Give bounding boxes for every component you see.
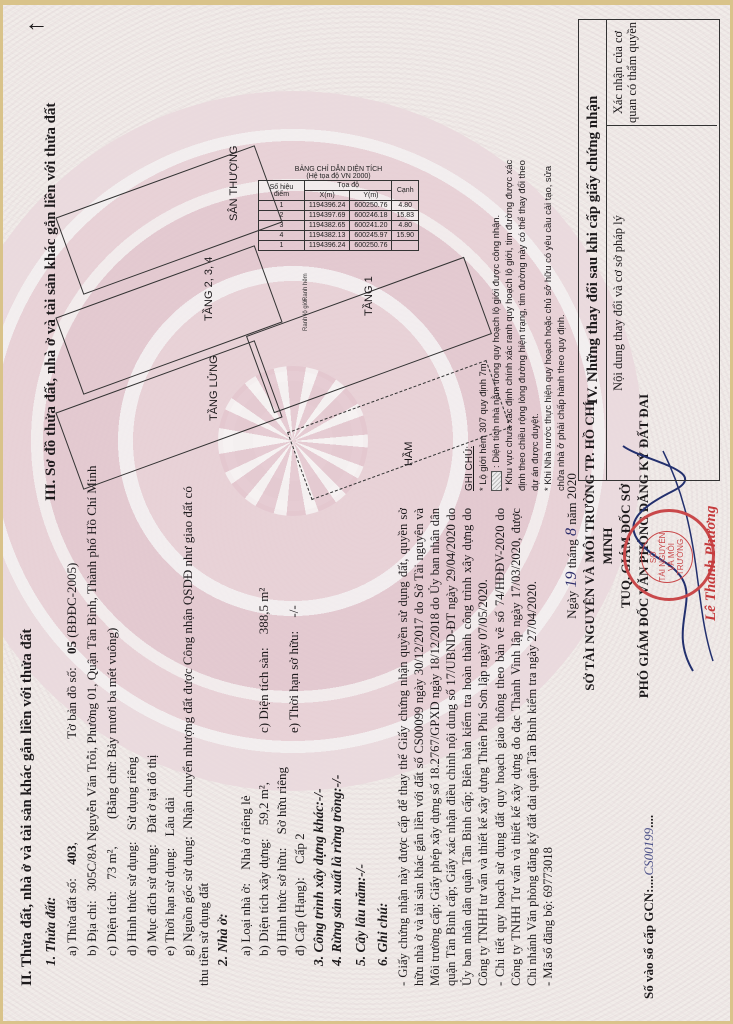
hatch-swatch-icon <box>491 471 502 491</box>
document-frame: II. Thửa đất, nhà ở và tài sản khác gắn … <box>0 0 733 1024</box>
address-label: b) Địa chỉ: <box>84 900 99 956</box>
stamp-text: TÀI NGUYÊN <box>658 532 667 582</box>
legend-item: * Lộ giới hẻm 307 quy định 7m <box>476 151 489 491</box>
section-3-title: III. Sơ đồ thửa đất, nhà ở và tài sản kh… <box>43 103 60 501</box>
side-label: Ranh lộ giới <box>303 299 309 331</box>
legend-item: * Khu vực chưa xác định chính xác ranh q… <box>502 151 541 491</box>
forest: 4. Rừng sản xuất là rừng trồng:-/- <box>329 775 345 966</box>
map-sheet-no: 05 <box>64 641 79 654</box>
coord-subheader: Y(m) <box>350 191 392 201</box>
origin-label: g) Nguồn gốc sử dụng: <box>180 836 195 956</box>
coord-header: Cạnh <box>392 181 419 201</box>
date-prefix: Ngày <box>564 591 579 619</box>
cell-x: 1194396.24 <box>304 241 349 251</box>
table-row: 1 1194396.24 600250.76 4.80 <box>259 201 419 211</box>
house-type-row: a) Loại nhà ở: Nhà ở riêng lẻ <box>237 795 254 956</box>
cell-y: 600246.18 <box>350 211 392 221</box>
cell-y: 600245.97 <box>350 231 392 241</box>
ownership-label: d) Hình thức sở hữu: <box>274 848 289 956</box>
notes-heading: 6. Ghi chú: <box>375 903 391 966</box>
cell-y: 600241.20 <box>350 221 392 231</box>
origin-cont: thu tiền sử dụng đất <box>195 883 212 986</box>
cell-x: 1194396.24 <box>304 201 349 211</box>
coord-header: Tọa độ <box>304 181 392 191</box>
use-form-row: d) Hình thức sử dụng: Sử dụng riêng <box>123 757 140 956</box>
official-stamp: SỞ TÀI NGUYÊN VÀ MÔI TRƯỜNG <box>623 509 715 601</box>
section-4-columns: Nội dung thay đổi và cơ sở pháp lý Xác n… <box>607 20 717 480</box>
legend-item-hatch: : Diện tích nhà nằm trong quy hoạch lộ g… <box>489 151 502 491</box>
section-2-title: II. Thửa đất, nhà ở và tài sản khác gắn … <box>19 629 36 986</box>
coord-title: BẢNG CHỈ DẪN DIỆN TÍCH <box>258 166 419 173</box>
coordinate-table: BẢNG CHỈ DẪN DIỆN TÍCH (Hệ tọa độ VN 200… <box>258 166 419 251</box>
use-form-label: d) Hình thức sử dụng: <box>124 842 139 956</box>
cell-point: 1 <box>259 201 305 211</box>
plan-label-san-thuong: SÂN THƯỢNG <box>228 146 240 221</box>
floor-area-row: c) Diện tích sàn: 388,5 m² <box>255 588 272 733</box>
cell-edge <box>392 241 419 251</box>
own-term-row: e) Thời hạn sở hữu: -/- <box>285 605 302 733</box>
cell-point: 3 <box>259 221 305 231</box>
area-value: 73 m², <box>104 846 119 880</box>
grade-value: Cấp 2 <box>292 833 307 864</box>
area-words: (Bằng chữ: Bảy mươi ba mét vuông) <box>104 628 119 819</box>
house-type-value: Nhà ở riêng lẻ <box>238 795 253 869</box>
use-form-value: Sử dụng riêng <box>124 757 139 831</box>
table-row: 4 1194382.13 600245.97 15.90 <box>259 231 419 241</box>
build-area-label: b) Diện tích xây dựng: <box>256 838 271 956</box>
notes-list: - Giấy chứng nhận này được cấp để thay t… <box>395 508 556 986</box>
cell-x: 1194382.13 <box>304 231 349 241</box>
term-value: Lâu dài <box>162 797 177 836</box>
purpose-row: đ) Mục đích sử dụng: Đất ở tại đô thị <box>143 755 160 956</box>
parcel-no: 403 <box>64 845 79 865</box>
parcel-row: a) Thửa đất số: 403, Tờ bản đồ số: 05 (B… <box>63 563 80 956</box>
purpose-value: Đất ở tại đô thị <box>144 755 159 833</box>
map-sheet-label: Tờ bản đồ số: <box>64 667 79 739</box>
perennial: 5. Cây lâu năm:-/- <box>353 864 369 966</box>
section-4-table: IV. Những thay đổi sau khi cấp giấy chứn… <box>578 19 720 481</box>
coord-subheader: X(m) <box>304 191 349 201</box>
coord-subtitle: (Hệ tọa độ VN 2000) <box>258 173 419 180</box>
cell-x: 1194382.65 <box>304 221 349 231</box>
map-sheet-note: (BĐĐC-2005) <box>64 563 79 638</box>
house-heading: 2. Nhà ở: <box>215 913 231 966</box>
month-label: tháng <box>564 539 579 568</box>
north-arrow-icon: ← <box>25 11 49 38</box>
term-row: e) Thời hạn sử dụng: Lâu dài <box>161 797 178 956</box>
address-value: 305C/8A Nguyễn Văn Trỗi, Phường 01, Quận… <box>84 466 99 892</box>
plan-label-ham: HẦM <box>403 442 415 466</box>
legend-title: GHI CHÚ: <box>463 151 476 491</box>
table-row: 2 1194397.69 600246.18 15.83 <box>259 211 419 221</box>
table-row: 3 1194382.65 600241.20 4.80 <box>259 221 419 231</box>
section-4-title: IV. Những thay đổi sau khi cấp giấy chứn… <box>579 20 607 480</box>
certificate-page: II. Thửa đất, nhà ở và tài sản khác gắn … <box>3 5 730 1021</box>
area-row: c) Diện tích: 73 m², (Bằng chữ: Bảy mươi… <box>103 628 120 956</box>
ownership-value: Sở hữu riêng <box>274 767 289 834</box>
authority-column-header: Xác nhận của cơ quan có thẩm quyền <box>607 20 717 125</box>
land-heading: 1. Thửa đất: <box>43 897 59 966</box>
plan-label-tang-1: TẦNG 1 <box>363 276 375 316</box>
purpose-label: đ) Mục đích sử dụng: <box>144 844 159 956</box>
cell-edge: 15.83 <box>392 211 419 221</box>
grade-row: đ) Cấp (Hạng): Cấp 2 <box>291 833 308 956</box>
grade-label: đ) Cấp (Hạng): <box>292 877 307 956</box>
legend-item: : Diện tích nhà nằm trong quy hoạch lộ g… <box>490 215 501 468</box>
cell-point: 2 <box>259 211 305 221</box>
cell-edge: 4.80 <box>392 221 419 231</box>
address-row: b) Địa chỉ: 305C/8A Nguyễn Văn Trỗi, Phư… <box>83 466 100 956</box>
signer-name: Lê Thanh Phương <box>703 506 720 621</box>
other-works: 3. Công trình xây dựng khác:-/- <box>311 788 327 966</box>
changes-column-header: Nội dung thay đổi và cơ sở pháp lý <box>607 125 717 480</box>
build-area-row: b) Diện tích xây dựng: 59,2 m², <box>255 782 272 956</box>
coord-grid: Số hiệu điểm Tọa độ Cạnh X(m) Y(m) 1 119… <box>258 180 419 251</box>
own-term-value: -/- <box>286 605 301 617</box>
coord-header: Số hiệu điểm <box>259 181 305 201</box>
cell-y: 600250.76 <box>350 241 392 251</box>
build-area-value: 59,2 m², <box>256 782 271 825</box>
note-item: - Giấy chứng nhận này được cấp để thay t… <box>395 508 492 986</box>
floor-area-label: c) Diện tích sàn: <box>256 647 271 733</box>
plan-label-tang-lung: TẦNG LỬNG <box>208 355 220 421</box>
legend-item: * Khi Nhà nước thực hiện quy hoạch hoặc … <box>541 151 567 491</box>
cell-edge: 4.80 <box>392 201 419 211</box>
note-item: - Chi tiết quy hoạch sử dụng đất quy hoạ… <box>492 508 540 986</box>
registry-value: CS00199 <box>641 828 656 876</box>
parcel-label: a) Thửa đất số: <box>64 878 79 956</box>
area-label: c) Diện tích: <box>104 891 119 956</box>
issue-month: 8 <box>563 528 580 536</box>
floor-area-value: 388,5 m² <box>256 588 271 635</box>
stamp-text: SỞ <box>649 532 658 582</box>
registry-label: Số vào sổ cấp GCN: <box>641 888 656 999</box>
cell-x: 1194397.69 <box>304 211 349 221</box>
registry-row: Số vào sổ cấp GCN:....CS00199.... <box>641 815 657 999</box>
cell-edge: 15.90 <box>392 231 419 241</box>
house-type-label: a) Loại nhà ở: <box>238 883 253 956</box>
stamp-center: SỞ TÀI NGUYÊN VÀ MÔI TRƯỜNG <box>641 531 693 583</box>
cell-y: 600250.76 <box>350 201 392 211</box>
term-label: e) Thời hạn sử dụng: <box>162 848 177 956</box>
issue-day: 19 <box>563 571 580 587</box>
note-item: - Mã số đăng bộ: 69773018 <box>540 508 556 986</box>
ownership-row: d) Hình thức sở hữu: Sở hữu riêng <box>273 767 290 956</box>
stamp-text: VÀ MÔI TRƯỜNG <box>667 532 685 582</box>
own-term-label: e) Thời hạn sở hữu: <box>286 631 301 733</box>
origin-row: g) Nguồn gốc sử dụng: Nhận chuyển nhượng… <box>179 486 196 956</box>
origin-value: Nhận chuyển nhượng đất được Công nhận QS… <box>180 486 195 829</box>
plan-label-tang-2-3-4: TẦNG 2, 3, 4 <box>203 257 215 321</box>
cell-point: 4 <box>259 231 305 241</box>
table-row: 1 1194396.24 600250.76 <box>259 241 419 251</box>
cell-point: 1 <box>259 241 305 251</box>
side-label: Ranh hẻm <box>303 273 309 301</box>
legend: GHI CHÚ: * Lộ giới hẻm 307 quy định 7m :… <box>463 151 567 491</box>
